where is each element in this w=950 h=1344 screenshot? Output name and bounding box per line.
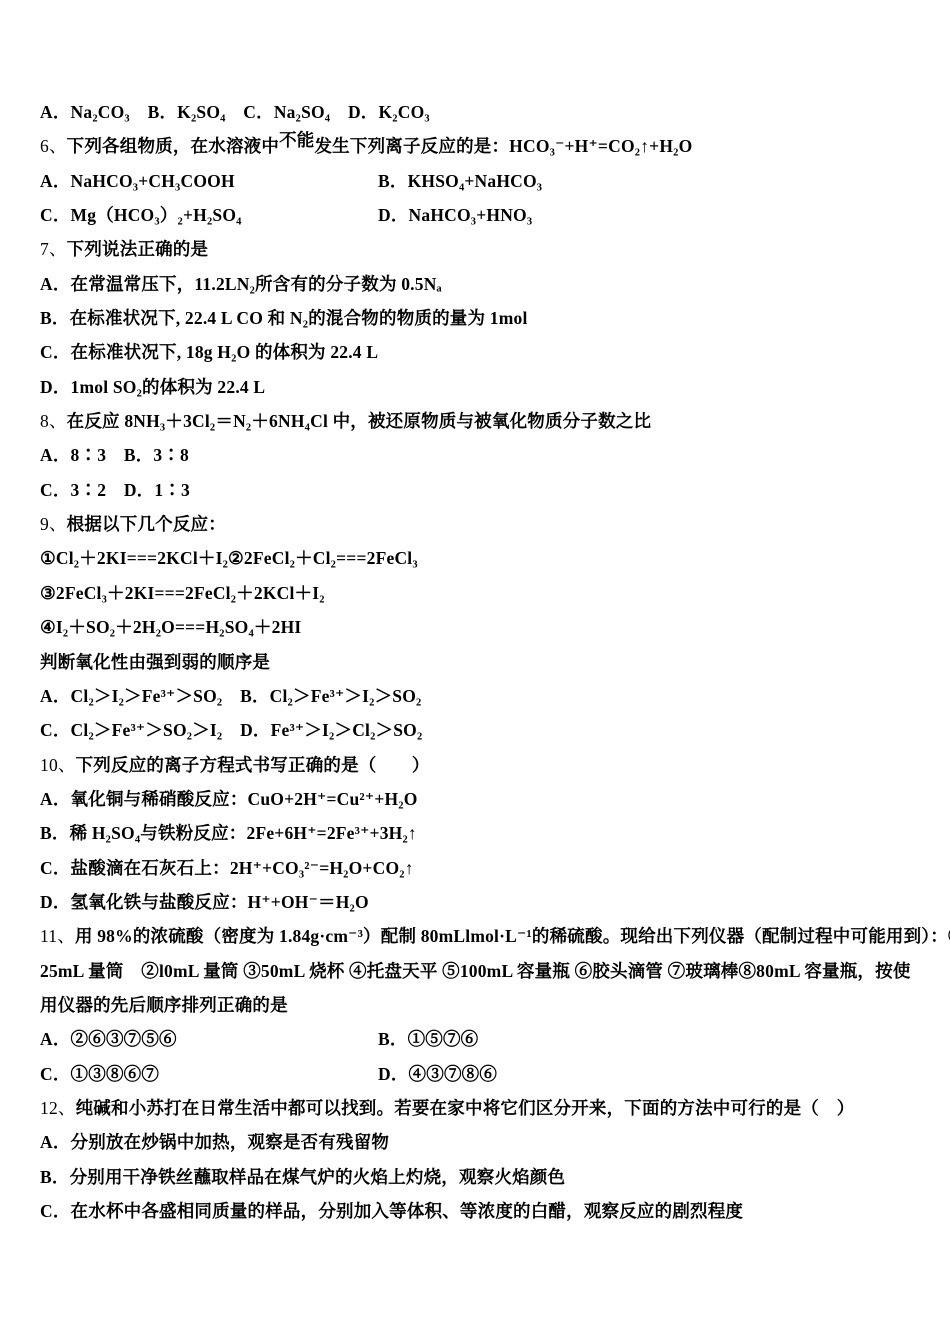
question-number: 8、 [40,411,67,431]
text-run: D．氢氧化铁与盐酸反应：H⁺+OH⁻＝H₂O [40,892,369,912]
q9-reaction-4: ④I₂＋SO₂＋2H₂O===H₂SO₄＋2HI [40,610,918,644]
q8-stem: 8、在反应 8NH₃＋3Cl₂＝N₂＋6NH₄Cl 中，被还原物质与被氧化物质分… [40,404,918,438]
q11-stem-line1: 11、用 98%的浓硫酸（密度为 1.84g·cm⁻³）配制 80mLlmol·… [40,919,918,953]
text-run: 下列说法正确的是 [67,239,209,259]
q6-options-cd-right-column: D．NaHCO₃+HNO₃ [378,198,532,232]
text-run: A．NaHCO₃+CH₃COOH [40,171,235,191]
text-run: C．3∶2 D．1∶3 [40,480,190,500]
q7-option-d: D．1mol SO₂的体积为 22.4 L [40,370,918,404]
q11-options-ab: A．②⑥③⑦⑤⑥B．①⑤⑦⑥ [40,1022,918,1056]
text-run: 不能 [279,130,314,150]
q5-options-row: A．Na₂CO₃ B．K₂SO₄ C．Na₂SO₄ D．K₂CO₃ [40,95,918,129]
text-run: A．②⑥③⑦⑤⑥ [40,1029,177,1049]
text-run: B．KHSO₄+NaHCO₃ [378,171,542,191]
q7-option-a: A．在常温常压下，11.2LN₂所含有的分子数为 0.5Nₐ [40,267,918,301]
q7-option-c: C．在标准状况下, 18g H₂O 的体积为 22.4 L [40,335,918,369]
text-run: 纯碱和小苏打在日常生活中都可以找到。若要在家中将它们区分开来，下面的方法中可行的… [76,1098,855,1118]
text-run: ④I₂＋SO₂＋2H₂O===H₂SO₄＋2HI [40,617,301,637]
q12-option-c: C．在水杯中各盛相同质量的样品，分别加入等体积、等浓度的白醋，观察反应的剧烈程度 [40,1194,918,1228]
q6-options-ab: A．NaHCO₃+CH₃COOHB．KHSO₄+NaHCO₃ [40,164,918,198]
text-run: A．在常温常压下，11.2LN₂所含有的分子数为 0.5Nₐ [40,274,442,294]
text-run: 25mL 量筒 ②l0mL 量筒 ③50mL 烧杯 ④托盘天平 ⑤100mL 容… [40,961,911,981]
question-number: 10、 [40,755,76,775]
text-run: ①Cl₂＋2KI===2KCl＋I₂②2FeCl₂＋Cl₂===2FeCl₃ [40,548,418,568]
text-run: 下列反应的离子方程式书写正确的是（ ） [76,755,430,775]
text-run: B．分别用干净铁丝蘸取样品在煤气炉的火焰上灼烧，观察火焰颜色 [40,1167,565,1187]
question-number: 12、 [40,1098,76,1118]
text-run: 根据以下几个反应： [67,514,226,534]
text-run: 在反应 8NH₃＋3Cl₂＝N₂＋6NH₄Cl 中，被还原物质与被氧化物质分子数… [67,411,652,431]
text-run: C．①③⑧⑥⑦ [40,1064,159,1084]
q11-options-cd-right-column: D．④③⑦⑧⑥ [378,1057,497,1091]
text-run: 发生下列离子反应的是：HCO₃⁻+H⁺=CO₂↑+H₂O [314,136,692,156]
text-run: A．氧化铜与稀硝酸反应：CuO+2H⁺=Cu²⁺+H₂O [40,789,418,809]
text-run: C．在水杯中各盛相同质量的样品，分别加入等体积、等浓度的白醋，观察反应的剧烈程度 [40,1201,743,1221]
q12-stem: 12、纯碱和小苏打在日常生活中都可以找到。若要在家中将它们区分开来，下面的方法中… [40,1091,918,1125]
q10-option-d: D．氢氧化铁与盐酸反应：H⁺+OH⁻＝H₂O [40,885,918,919]
q10-option-a: A．氧化铜与稀硝酸反应：CuO+2H⁺=Cu²⁺+H₂O [40,782,918,816]
text-run: C．Mg（HCO₃）₂+H₂SO₄ [40,205,242,225]
text-run: 判断氧化性由强到弱的顺序是 [40,652,270,672]
text-run: A．分别放在炒锅中加热，观察是否有残留物 [40,1132,389,1152]
q10-option-c: C．盐酸滴在石灰石上：2H⁺+CO₃²⁻=H₂O+CO₂↑ [40,851,918,885]
text-run: B．在标准状况下, 22.4 L CO 和 N₂的混合物的物质的量为 1mol [40,308,528,328]
question-number: 7、 [40,239,67,259]
text-run: C．盐酸滴在石灰石上：2H⁺+CO₃²⁻=H₂O+CO₂↑ [40,858,414,878]
q10-stem: 10、下列反应的离子方程式书写正确的是（ ） [40,748,918,782]
question-number: 9、 [40,514,67,534]
q12-option-a: A．分别放在炒锅中加热，观察是否有残留物 [40,1125,918,1159]
q6-stem: 6、下列各组物质，在水溶液中不能发生下列离子反应的是：HCO₃⁻+H⁺=CO₂↑… [40,129,918,163]
q8-options-cd: C．3∶2 D．1∶3 [40,473,918,507]
text-run: D．NaHCO₃+HNO₃ [378,205,532,225]
question-number: 11、 [40,926,75,946]
q9-options-cd: C．Cl₂＞Fe³⁺＞SO₂＞I₂ D．Fe³⁺＞I₂＞Cl₂＞SO₂ [40,713,918,747]
q10-option-b: B．稀 H₂SO₄与铁粉反应：2Fe+6H⁺=2Fe³⁺+3H₂↑ [40,816,918,850]
q9-reaction-3: ③2FeCl₃＋2KI===2FeCl₂＋2KCl＋I₂ [40,576,918,610]
question-number: 6、 [40,136,67,156]
text-run: B．①⑤⑦⑥ [378,1029,478,1049]
text-run: 下列各组物质，在水溶液中 [67,136,279,156]
q6-options-cd: C．Mg（HCO₃）₂+H₂SO₄D．NaHCO₃+HNO₃ [40,198,918,232]
q7-stem: 7、下列说法正确的是 [40,232,918,266]
text-run: 用仪器的先后顺序排列正确的是 [40,995,288,1015]
exam-document-body: A．Na₂CO₃ B．K₂SO₄ C．Na₂SO₄ D．K₂CO₃6、下列各组物… [40,95,918,1228]
q6-options-ab-right-column: B．KHSO₄+NaHCO₃ [378,164,542,198]
q11-stem-line3: 用仪器的先后顺序排列正确的是 [40,988,918,1022]
text-run: 用 98%的浓硫酸（密度为 1.84g·cm⁻³）配制 80mLlmol·L⁻¹… [75,926,950,946]
text-run: C．Cl₂＞Fe³⁺＞SO₂＞I₂ D．Fe³⁺＞I₂＞Cl₂＞SO₂ [40,720,422,740]
text-run: B．稀 H₂SO₄与铁粉反应：2Fe+6H⁺=2Fe³⁺+3H₂↑ [40,823,417,843]
text-run: C．在标准状况下, 18g H₂O 的体积为 22.4 L [40,342,378,362]
q9-reactions-1-2: ①Cl₂＋2KI===2KCl＋I₂②2FeCl₂＋Cl₂===2FeCl₃ [40,541,918,575]
text-run: A．Na₂CO₃ B．K₂SO₄ C．Na₂SO₄ D．K₂CO₃ [40,102,430,122]
q9-options-ab: A．Cl₂＞I₂＞Fe³⁺＞SO₂ B．Cl₂＞Fe³⁺＞I₂＞SO₂ [40,679,918,713]
text-run: A．8∶3 B．3∶8 [40,445,189,465]
q11-options-ab-right-column: B．①⑤⑦⑥ [378,1022,478,1056]
text-run: A．Cl₂＞I₂＞Fe³⁺＞SO₂ B．Cl₂＞Fe³⁺＞I₂＞SO₂ [40,686,421,706]
q11-stem-line2: 25mL 量筒 ②l0mL 量筒 ③50mL 烧杯 ④托盘天平 ⑤100mL 容… [40,954,918,988]
q11-options-cd: C．①③⑧⑥⑦D．④③⑦⑧⑥ [40,1057,918,1091]
q9-stem-2: 判断氧化性由强到弱的顺序是 [40,645,918,679]
text-run: D．④③⑦⑧⑥ [378,1064,497,1084]
q7-option-b: B．在标准状况下, 22.4 L CO 和 N₂的混合物的物质的量为 1mol [40,301,918,335]
q8-options-ab: A．8∶3 B．3∶8 [40,438,918,472]
text-run: D．1mol SO₂的体积为 22.4 L [40,377,265,397]
q12-option-b: B．分别用干净铁丝蘸取样品在煤气炉的火焰上灼烧，观察火焰颜色 [40,1160,918,1194]
text-run: ③2FeCl₃＋2KI===2FeCl₂＋2KCl＋I₂ [40,583,325,603]
q9-stem: 9、根据以下几个反应： [40,507,918,541]
